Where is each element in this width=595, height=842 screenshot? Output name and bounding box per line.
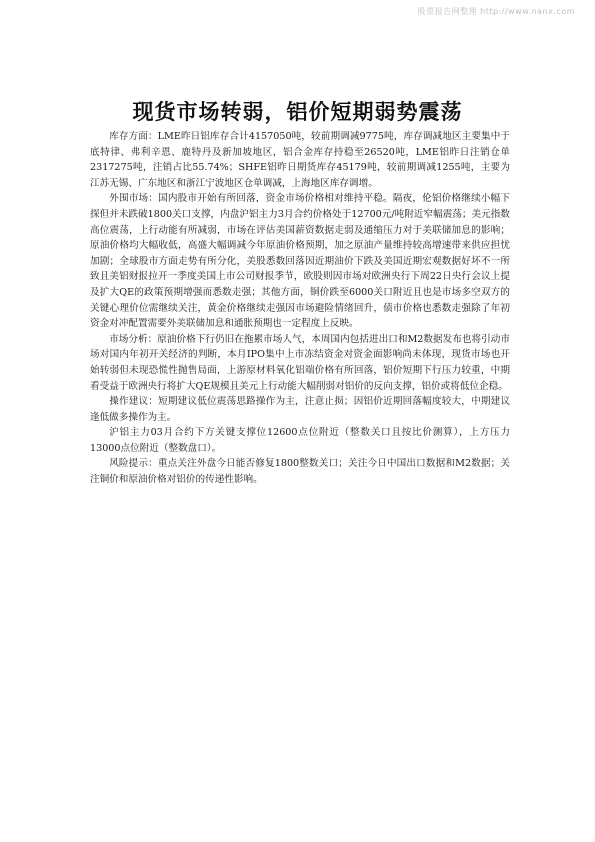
- paragraph-inventory: 库存方面：LME昨日铝库存合计4157050吨，较前期调减9775吨，库存调减地…: [90, 129, 510, 191]
- paragraph-risk-warning: 风险提示：重点关注外盘今日能否修复1800整数关口；关注今日中国出口数据和M2数…: [90, 456, 510, 487]
- paragraph-support-resistance: 沪铝主力03月合约下方关键支撑位12600点位附近（整数关口且按比价测算），上方…: [90, 425, 510, 456]
- document-title: 现货市场转弱，铝价短期弱势震荡: [0, 96, 595, 126]
- paragraph-operation-advice: 操作建议：短期建议低位震荡思路操作为主，注意止损；因铝价近期回落幅度较大，中期建…: [90, 394, 510, 425]
- paragraph-external-market: 外围市场：国内股市开始有所回落，资金市场价格相对维持平稳。隔夜，伦铝价格继续小幅…: [90, 191, 510, 331]
- watermark: 股票报告网整理 http://www.nanx.com: [418, 6, 575, 17]
- document-body: 库存方面：LME昨日铝库存合计4157050吨，较前期调减9775吨，库存调减地…: [90, 129, 510, 488]
- paragraph-market-analysis: 市场分析：原油价格下行仍旧在拖累市场人气，本周国内包括进出口和M2数据发布也将引…: [90, 332, 510, 394]
